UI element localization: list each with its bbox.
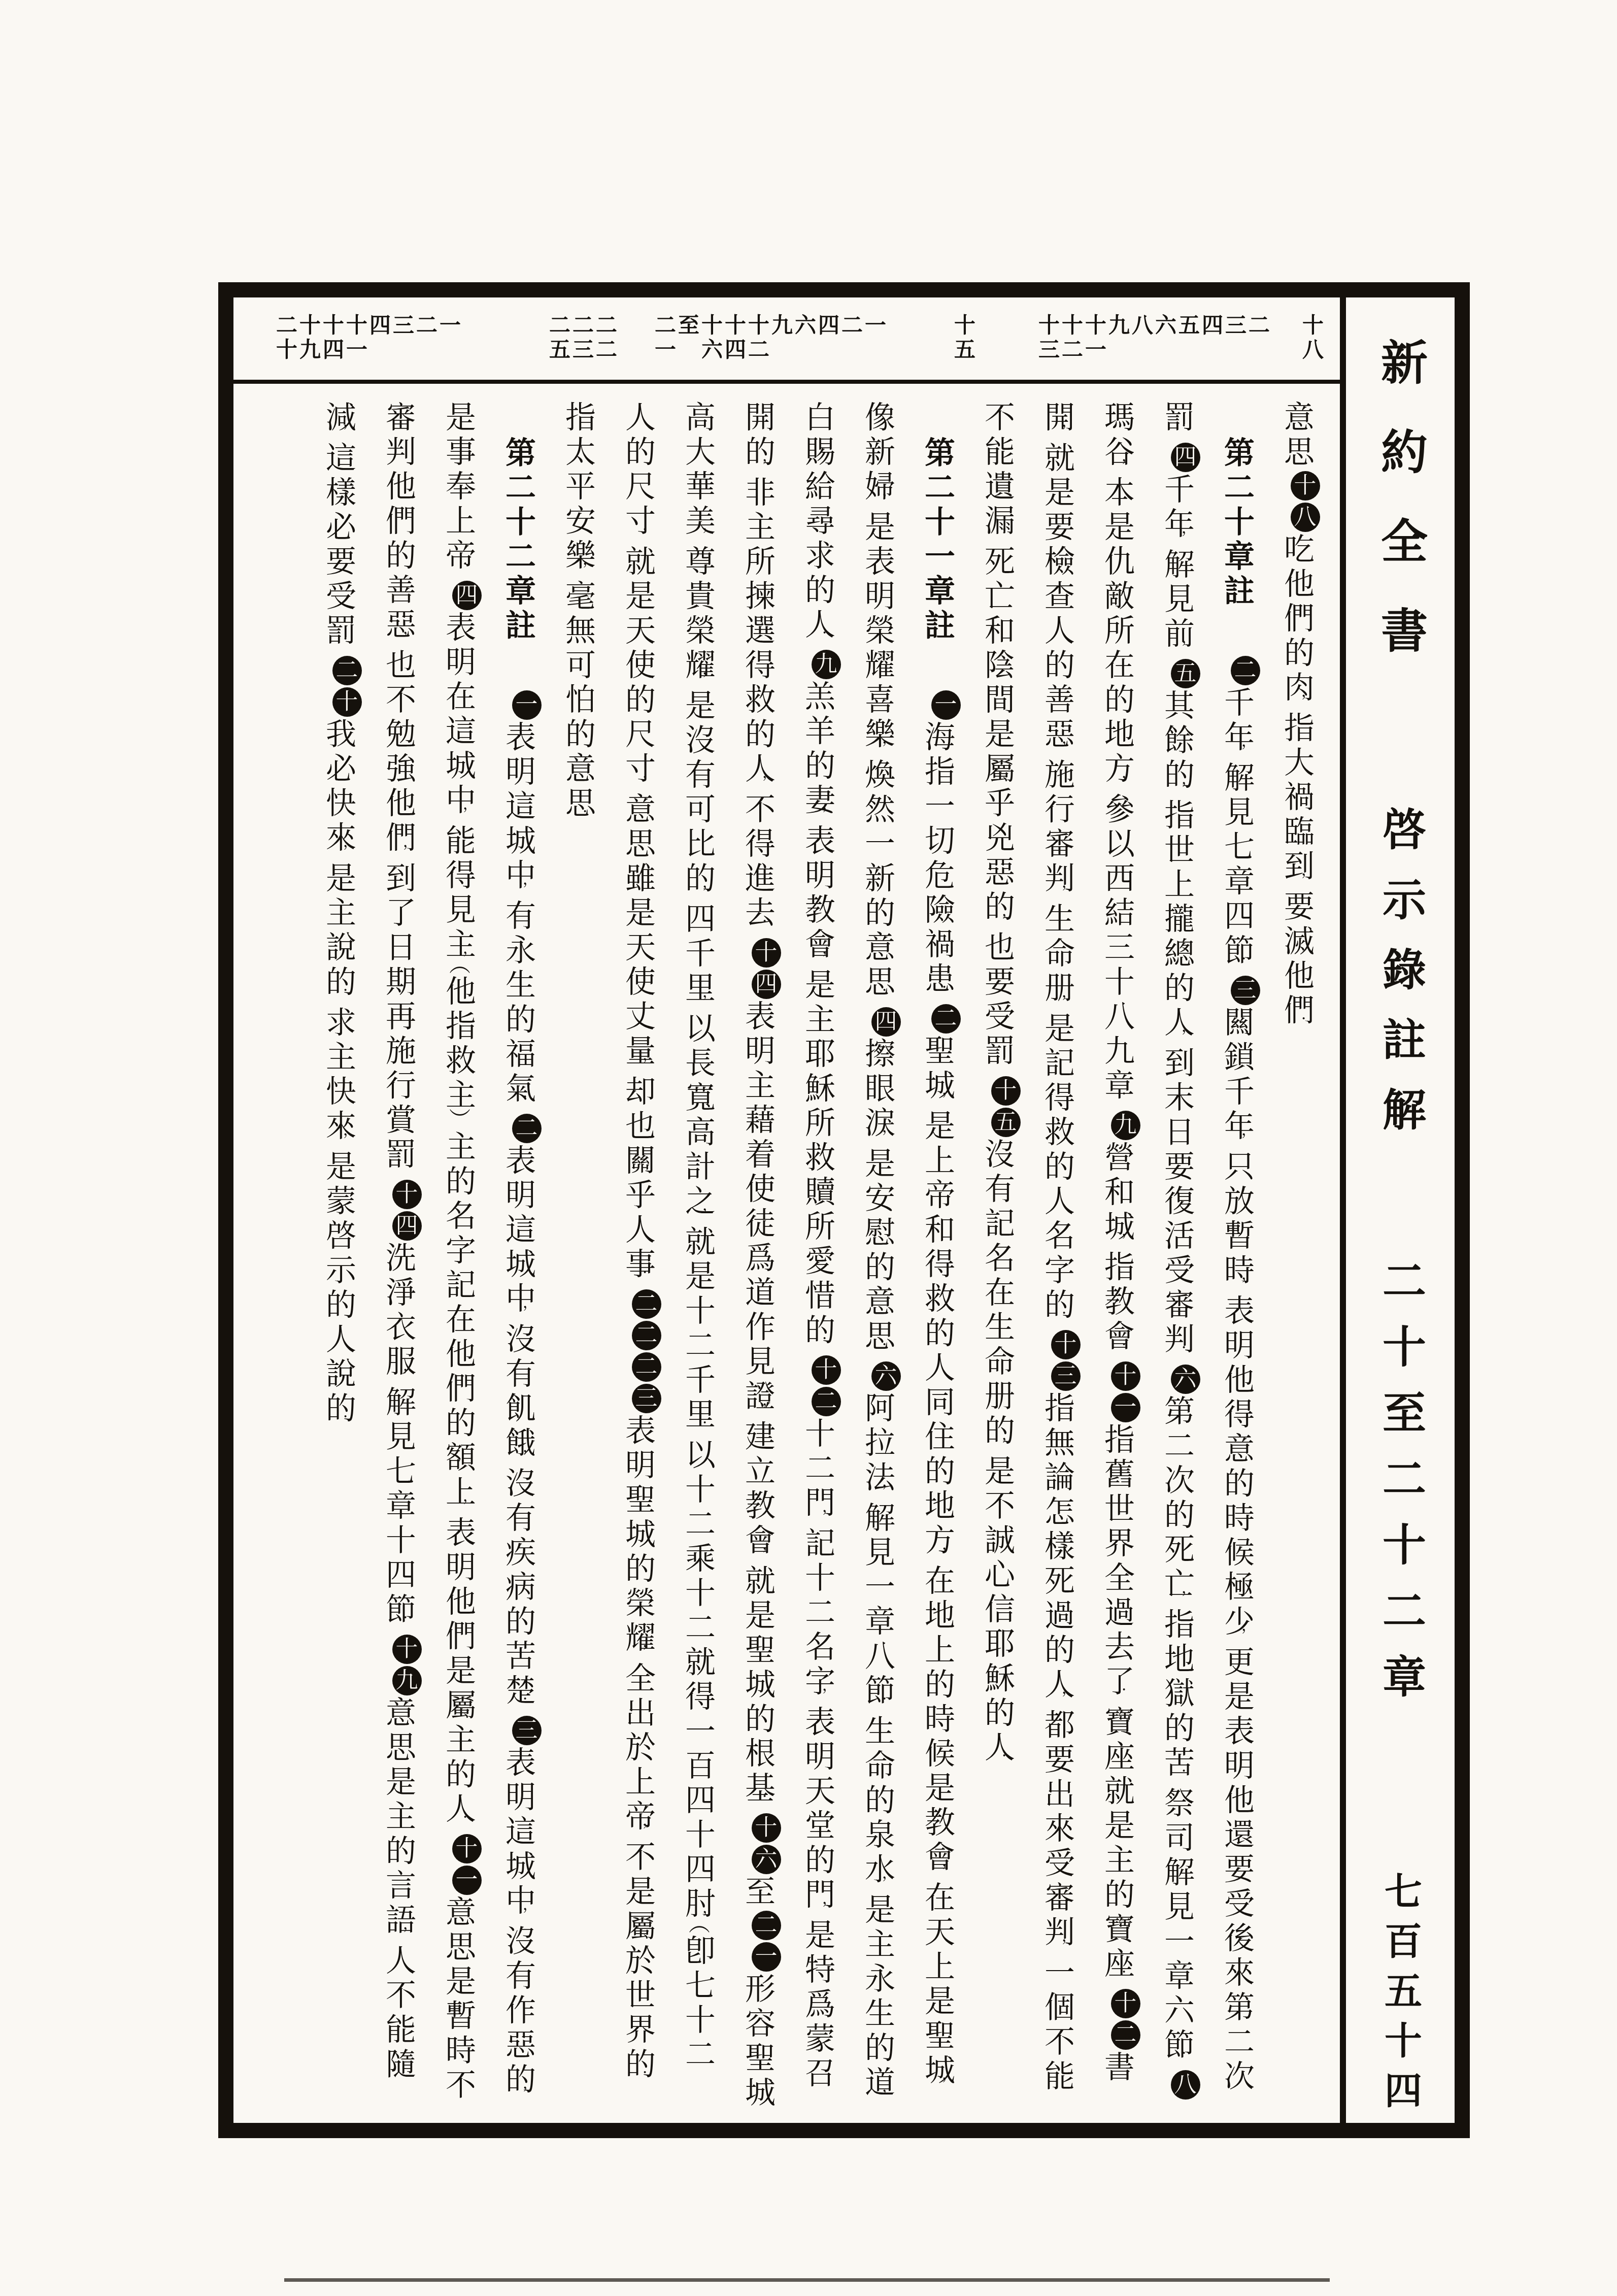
verse-number: 十二 bbox=[1061, 313, 1084, 362]
punctuation: ， bbox=[689, 527, 707, 546]
punctuation: ， bbox=[1049, 994, 1066, 1013]
verse-number: 十一 bbox=[345, 313, 368, 362]
punctuation: ， bbox=[629, 775, 647, 794]
note-number-badge: 九 bbox=[392, 1666, 422, 1695]
punctuation: ， bbox=[869, 1483, 887, 1503]
punctuation: ． bbox=[869, 988, 887, 1007]
punctuation: ， bbox=[929, 1546, 947, 1566]
masthead-column: 新約全書 啓示錄註解 二十至二十二章 七百五十四 bbox=[1340, 297, 1455, 2123]
punctuation: ． bbox=[450, 561, 467, 581]
punctuation: ． bbox=[1108, 1342, 1126, 1361]
punctuation: ， bbox=[390, 1368, 408, 1387]
note-number-badge: 四 bbox=[752, 970, 781, 999]
punctuation: ， bbox=[869, 1129, 887, 1148]
punctuation: ， bbox=[1049, 1938, 1066, 1957]
verse-number: 十九 bbox=[298, 313, 322, 362]
punctuation: ， bbox=[689, 1207, 707, 1226]
note-number-badge: 二 bbox=[1231, 656, 1260, 685]
punctuation: ． bbox=[1108, 1091, 1126, 1111]
punctuation: ， bbox=[629, 1644, 647, 1663]
note-number-badge: 六 bbox=[871, 1361, 901, 1391]
punctuation: ． bbox=[869, 1696, 887, 1716]
note-number-badge: 十 bbox=[752, 1813, 781, 1843]
note-number-badge: 十 bbox=[752, 938, 781, 968]
punctuation: ． bbox=[390, 1615, 408, 1635]
verse-number-group: 十八 bbox=[1301, 313, 1325, 362]
verse-number: 十五 bbox=[953, 313, 976, 362]
punctuation: ， bbox=[1168, 1028, 1186, 1048]
punctuation: ， bbox=[1168, 1590, 1186, 1609]
text-column: 人的尺寸，就是天使的尺寸，意思雖是天使丈量，却也關乎人事．二二二三表明聖城的榮耀… bbox=[608, 401, 668, 2111]
punctuation: ， bbox=[809, 1901, 827, 1920]
punctuation: ， bbox=[450, 806, 467, 825]
punctuation: ， bbox=[390, 844, 408, 863]
verse-number: 十三 bbox=[1037, 313, 1061, 362]
verse-number: 九 bbox=[770, 313, 794, 362]
text-column: 是事奉上帝．四表明在這城中，能得見主，（他指救主）主的名字記在他們的額上，表明他… bbox=[428, 401, 488, 2111]
note-number-badge: 二 bbox=[812, 1387, 841, 1416]
verse-number: 十四 bbox=[322, 313, 345, 362]
note-number-badge: 三 bbox=[632, 1384, 661, 1413]
punctuation: ， bbox=[1049, 740, 1066, 759]
text-column: 瑪谷，本是仇敵所在的地方，參以西結三十八九章．九營和城，指教會．十一指舊世界全過… bbox=[1087, 401, 1147, 2111]
note-number-badge: 三 bbox=[1051, 1361, 1081, 1391]
text-column: 審判他們的善惡，也不勉強他們，到了日期再施行賞罰．十四洗淨衣服，解見七章十四節．… bbox=[368, 401, 428, 2111]
punctuation: ， bbox=[1049, 423, 1066, 443]
verse-number: 六 bbox=[1154, 313, 1177, 362]
punctuation: ， bbox=[869, 2088, 887, 2108]
note-number-badge: 四 bbox=[871, 1007, 901, 1037]
verse-number: 四 bbox=[817, 313, 840, 362]
punctuation: ， bbox=[1228, 1627, 1246, 1647]
verse-number: 八 bbox=[1131, 313, 1154, 362]
text-column: 開的，非主所揀選得救的人，不得進去．十四表明主藉着使徒爲道作見證，建立教會，就是… bbox=[728, 401, 788, 2111]
text-column: 高大華美，尊貴榮耀，是沒有可比的，四千里，以長寬高計之，就是十二千里．以十二乘十… bbox=[668, 401, 728, 2111]
text-column: 第二十二章註一表明這城中，有永生的福氣．二表明這城中，沒有飢餓，沒有疾病的苦楚．… bbox=[488, 401, 548, 2111]
note-number-badge: 一 bbox=[1111, 1393, 1140, 1422]
text-column: 意思十八吃他們的肉，指大禍臨到，要滅他們． bbox=[1267, 401, 1327, 2111]
verse-number-group: 一二四六九十二十四十六至二一 bbox=[654, 313, 887, 362]
verse-number-group: 二三四五六八九十一十二十三 bbox=[1037, 313, 1271, 362]
punctuation: ， bbox=[390, 1926, 408, 1945]
note-number-badge: 二 bbox=[752, 1911, 781, 1940]
text-column: 減，這樣必要受罰．二十我必快來，是主說的．求主快來，是蒙啓示的人說的． bbox=[309, 401, 368, 2111]
punctuation: ． bbox=[629, 1270, 647, 1289]
punctuation: ． bbox=[1168, 1769, 1186, 1788]
punctuation: ， bbox=[1228, 1276, 1246, 1295]
note-number-badge: 十 bbox=[452, 1834, 482, 1864]
parenthesis: （ bbox=[686, 1923, 711, 1938]
punctuation: ， bbox=[1049, 884, 1066, 904]
punctuation: ， bbox=[1108, 1233, 1126, 1252]
note-number-badge: 三 bbox=[512, 1716, 542, 1745]
verse-number: 二五 bbox=[548, 313, 571, 362]
text-column: 開，就是要檢查人的善惡，施行審判，生命册，是記得救的人名字的．十三指無論怎樣死過… bbox=[1027, 401, 1087, 2111]
verse-number-group: 二二二三二五 bbox=[548, 313, 618, 362]
note-number-badge: 十 bbox=[392, 1180, 422, 1209]
punctuation: ， bbox=[989, 527, 1006, 546]
punctuation: ， bbox=[1108, 458, 1126, 477]
punctuation: ． bbox=[330, 988, 348, 1007]
note-number-badge: 三 bbox=[1231, 976, 1260, 1005]
punctuation: ， bbox=[1049, 1690, 1066, 1710]
verse-number: 二 bbox=[840, 313, 864, 362]
punctuation: ． bbox=[330, 1414, 348, 1434]
punctuation: ． bbox=[1108, 1687, 1126, 1707]
punctuation: ， bbox=[809, 1687, 827, 1707]
punctuation: ， bbox=[809, 806, 827, 825]
punctuation: ， bbox=[1288, 693, 1306, 713]
punctuation: ． bbox=[1228, 956, 1246, 976]
verse-number-group: 一二三四十一十四十九二十 bbox=[275, 313, 462, 362]
text-column: 不能遺漏，死亡和陰間是屬乎兇惡的，也要受罰．十五沒有記名在生命册的，是不誠心信耶… bbox=[967, 401, 1027, 2111]
punctuation: ， bbox=[689, 994, 707, 1013]
scanned-page: 新約全書 啓示錄註解 二十至二十二章 七百五十四 十八二三四五六八九十一十二十三… bbox=[0, 0, 1617, 2296]
verse-number: 二二 bbox=[595, 313, 618, 362]
note-number-badge: 八 bbox=[1171, 2070, 1200, 2100]
verse-number: 三 bbox=[392, 313, 415, 362]
note-number-badge: 十 bbox=[332, 687, 362, 717]
punctuation: ， bbox=[629, 527, 647, 546]
masthead-text: 新約全書 啓示錄註解 二十至二十二章 七百五十四 bbox=[1367, 297, 1434, 2123]
note-number-badge: 一 bbox=[452, 1866, 482, 1895]
scan-artifact bbox=[284, 2278, 1330, 2282]
punctuation: ， bbox=[929, 1863, 947, 1882]
verse-number: 至 bbox=[677, 313, 700, 362]
punctuation: ， bbox=[1168, 781, 1186, 800]
chapter-heading: 第二十一章註 bbox=[920, 437, 955, 644]
punctuation: ． bbox=[749, 1794, 767, 1813]
punctuation: ， bbox=[510, 881, 527, 901]
verse-number: 四 bbox=[368, 313, 392, 362]
punctuation: ． bbox=[510, 1094, 527, 1114]
verse-number: 五 bbox=[1177, 313, 1201, 362]
punctuation: ． bbox=[809, 1336, 827, 1355]
section-title: 啓示錄註解 bbox=[1375, 807, 1426, 1157]
note-number-badge: 五 bbox=[991, 1108, 1021, 1137]
note-number-badge: 四 bbox=[392, 1211, 422, 1241]
note-number-badge: 二 bbox=[632, 1321, 661, 1350]
punctuation: ， bbox=[1228, 1132, 1246, 1151]
verse-number: 十四 bbox=[724, 313, 747, 362]
punctuation: ． bbox=[1049, 1311, 1066, 1330]
punctuation: ． bbox=[569, 809, 587, 828]
punctuation: ， bbox=[330, 1132, 348, 1151]
chapter-heading: 第二十二章註 bbox=[500, 437, 536, 644]
verse-number: 九 bbox=[1107, 313, 1131, 362]
punctuation: ． bbox=[1288, 1016, 1306, 1036]
punctuation: ． bbox=[450, 1815, 467, 1834]
verse-number: 十二 bbox=[747, 313, 770, 362]
verse-number: 六 bbox=[794, 313, 817, 362]
punctuation: ． bbox=[1168, 423, 1186, 443]
note-number-badge: 四 bbox=[452, 581, 482, 610]
text-column: 指太平安樂，毫無可怕的意思． bbox=[548, 401, 608, 2111]
text-column: 罰．四千年，解見前，五其餘的，指世上攏總的人，到末日要復活受審判．六第二次的死亡… bbox=[1147, 401, 1207, 2111]
verse-number: 二十 bbox=[275, 313, 298, 362]
punctuation: ， bbox=[689, 671, 707, 690]
punctuation: ， bbox=[869, 740, 887, 759]
parenthesis: ） bbox=[446, 1108, 471, 1134]
punctuation: ， bbox=[869, 1875, 887, 1894]
punctuation: ． bbox=[510, 1696, 527, 1716]
punctuation: ， bbox=[1228, 743, 1246, 762]
note-number-badge: 十 bbox=[1051, 1330, 1081, 1359]
punctuation: ． bbox=[929, 985, 947, 1004]
punctuation: ， bbox=[510, 1305, 527, 1324]
punctuation: ． bbox=[629, 2070, 647, 2089]
punctuation: ． bbox=[869, 1342, 887, 1361]
verse-number: 三 bbox=[1224, 313, 1248, 362]
note-number-badge: 十 bbox=[1111, 1989, 1140, 2018]
punctuation: ． bbox=[1108, 1970, 1126, 1989]
punctuation: ， bbox=[510, 1449, 527, 1468]
punctuation: ， bbox=[1288, 872, 1306, 891]
punctuation: ， bbox=[569, 561, 587, 581]
note-number-badge: 十 bbox=[812, 1355, 841, 1385]
note-number-badge: 五 bbox=[1171, 659, 1200, 688]
punctuation: ． bbox=[749, 919, 767, 938]
punctuation: ， bbox=[869, 492, 887, 512]
chapter-range: 二十至二十二章 bbox=[1375, 1258, 1426, 1720]
note-number-badge: 十 bbox=[991, 1076, 1021, 1106]
note-number-badge: 十 bbox=[1111, 1361, 1140, 1391]
verse-number: 十八 bbox=[1301, 313, 1325, 362]
punctuation: ， bbox=[450, 1498, 467, 1517]
note-number-badge: 十 bbox=[392, 1635, 422, 1664]
punctuation: ， bbox=[629, 1822, 647, 1842]
punctuation: ， bbox=[1108, 775, 1126, 794]
note-number-badge: 八 bbox=[1291, 503, 1320, 532]
punctuation: ， bbox=[749, 1546, 767, 1566]
punctuation: ． bbox=[989, 1057, 1006, 1076]
text-column: 像新婦，是表明榮耀喜樂，煥然一新的意思．四擦眼淚，是安慰的意思．六阿拉法，解見一… bbox=[848, 401, 907, 2111]
note-number-badge: 十 bbox=[1291, 471, 1320, 501]
note-number-badge: 一 bbox=[931, 690, 961, 720]
note-number-badge: 二 bbox=[512, 1114, 542, 1143]
punctuation: ， bbox=[510, 1907, 527, 1926]
verse-number-strip: 十八二三四五六八九十一十二十三十五一二四六九十二十四十六至二一二二二三二五一二三… bbox=[233, 297, 1340, 384]
punctuation: ． bbox=[689, 1420, 707, 1440]
punctuation: ， bbox=[809, 950, 827, 970]
punctuation: ， bbox=[1168, 530, 1186, 549]
punctuation: ． bbox=[1168, 1345, 1186, 1365]
punctuation: ， bbox=[689, 884, 707, 904]
chapter-heading: 第二十章註 bbox=[1219, 437, 1255, 609]
verse-number: 四 bbox=[1201, 313, 1224, 362]
verse-number: 十一 bbox=[1084, 313, 1107, 362]
verse-number: 一 bbox=[864, 313, 887, 362]
verse-number-group: 十五 bbox=[953, 313, 976, 362]
note-number-badge: 六 bbox=[1171, 1365, 1200, 1394]
text-column: 第二十章註二千年，解見七章四節．三闗鎖千年，只放暫時，表明他得意的時候極少，更是… bbox=[1207, 401, 1267, 2111]
verse-number: 二一 bbox=[654, 313, 677, 362]
note-number-badge: 一 bbox=[752, 1942, 781, 1972]
punctuation: ， bbox=[989, 913, 1006, 932]
page-number: 七百五十四 bbox=[1378, 1872, 1422, 2120]
note-number-badge: 九 bbox=[1111, 1111, 1140, 1140]
punctuation: ， bbox=[390, 630, 408, 650]
note-number-badge: 六 bbox=[752, 1845, 781, 1874]
verse-number: 二 bbox=[1248, 313, 1271, 362]
punctuation: ， bbox=[629, 1057, 647, 1076]
punctuation: ． bbox=[989, 1753, 1006, 1773]
punctuation: ． bbox=[330, 637, 348, 656]
text-column: 白賜給尋求的人．九羔羊的妻，表明教會，是主耶穌所救贖所愛惜的．十二十二門，記十二… bbox=[788, 401, 848, 2111]
punctuation: ， bbox=[330, 423, 348, 443]
verse-number: 一 bbox=[439, 313, 462, 362]
note-number-badge: 二 bbox=[1111, 2020, 1140, 2050]
punctuation: ． bbox=[1168, 2051, 1186, 2070]
punctuation: ， bbox=[929, 2076, 947, 2095]
note-number-badge: 二 bbox=[931, 1004, 961, 1034]
note-number-badge: 二 bbox=[332, 656, 362, 685]
verse-number: 二 bbox=[415, 313, 439, 362]
verse-number: 二三 bbox=[571, 313, 595, 362]
punctuation: ， bbox=[929, 1091, 947, 1111]
punctuation: ， bbox=[749, 458, 767, 477]
punctuation: ， bbox=[749, 775, 767, 794]
commentary-area: 十八二三四五六八九十一十二十三十五一二四六九十二十四十六至二一二二二三二五一二三… bbox=[233, 297, 1340, 2123]
punctuation: ， bbox=[1168, 640, 1186, 659]
punctuation: ， bbox=[809, 1509, 827, 1528]
verse-number: 十六 bbox=[700, 313, 724, 362]
note-number-badge: 四 bbox=[1171, 443, 1200, 472]
note-number-badge: 二 bbox=[632, 1352, 661, 1382]
punctuation: ， bbox=[510, 2085, 527, 2105]
note-number-badge: 九 bbox=[812, 650, 841, 679]
punctuation: ． bbox=[809, 630, 827, 650]
text-column: 第二十一章註一海指一切危險禍患．二聖城，是上帝和得救的人同住的地方，在地上的時候… bbox=[907, 401, 967, 2111]
book-title: 新約全書 bbox=[1373, 338, 1428, 695]
parenthesis: （ bbox=[446, 963, 471, 978]
page-frame: 新約全書 啓示錄註解 二十至二十二章 七百五十四 十八二三四五六八九十一十二十三… bbox=[218, 282, 1470, 2138]
punctuation: ． bbox=[390, 1160, 408, 1180]
note-number-badge: 二 bbox=[632, 1289, 661, 1319]
commentary-body: 意思十八吃他們的肉，指大禍臨到，要滅他們．第二十章註二千年，解見七章四節．三闗鎖… bbox=[233, 384, 1340, 2123]
punctuation: ， bbox=[330, 844, 348, 863]
punctuation: ， bbox=[989, 1437, 1006, 1456]
note-number-badge: 一 bbox=[512, 690, 542, 720]
punctuation: ， bbox=[749, 1402, 767, 1421]
